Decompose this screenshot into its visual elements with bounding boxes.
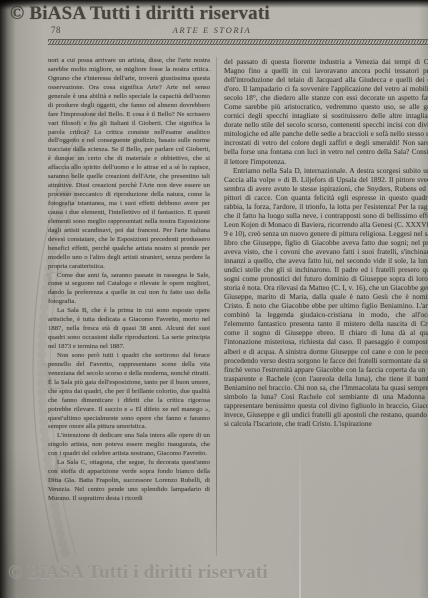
- header-rule: [48, 39, 428, 45]
- watermark-bottom: © BiASA Tutti i diritti riservati: [8, 562, 268, 584]
- text-column-right: del passato di questa fiorente industria…: [224, 57, 428, 557]
- paragraph: La Sala C, ottagona, che segue, fu decor…: [48, 459, 210, 504]
- paragraph: La Sala B, che è la prima in cui sono es…: [48, 307, 210, 352]
- paragraph: Entriamo nella Sala D, internazionale. A…: [224, 166, 428, 428]
- scanned-page: S E L E © BiASA Tutti i diritti riservat…: [0, 0, 428, 598]
- fold-crease: [299, 430, 301, 598]
- paragraph: del passato di questa fiorente industria…: [224, 57, 428, 166]
- paragraph: nori a cui possa arrivare un artista, di…: [48, 57, 210, 272]
- page-header: 78 ARTE E STORIA: [48, 24, 428, 38]
- column-divider: [216, 57, 217, 556]
- text-column-left: nori a cui possa arrivare un artista, di…: [48, 57, 210, 557]
- paragraph: Non sono però tutti i quadri che sortiro…: [48, 352, 210, 432]
- paragraph: Come due anni fa, saranno passate in ras…: [48, 272, 210, 308]
- watermark-top: © BiASA Tutti i diritti riservati: [10, 3, 270, 25]
- paragraph: L'intenzione di dedicare una Sala intera…: [48, 432, 210, 459]
- journal-title: ARTE E STORIA: [48, 25, 376, 35]
- scan-edge-left: [0, 0, 16, 598]
